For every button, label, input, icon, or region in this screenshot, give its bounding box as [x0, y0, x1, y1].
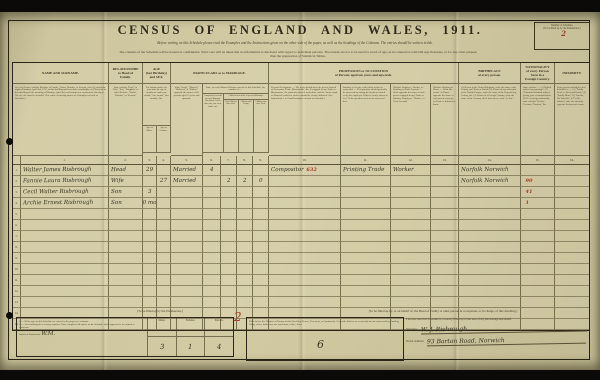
cell-nat: 1	[521, 198, 555, 209]
cell-occ	[269, 286, 341, 297]
cell-ageF	[157, 187, 171, 198]
cell-occ	[269, 231, 341, 242]
cell-living: 2	[237, 176, 253, 187]
cell-marital	[171, 286, 203, 297]
header-infirmity: INFIRMITY.	[555, 63, 589, 84]
cell-no: 10.	[13, 264, 21, 275]
males-count: 3	[148, 337, 177, 356]
cell-name	[21, 209, 109, 220]
cell-ind: Printing Trade	[341, 165, 391, 176]
note-infirmity: If any person included in this Schedule …	[555, 84, 589, 156]
cell-home	[431, 286, 459, 297]
note-name: of every Person, whether Member of Famil…	[13, 84, 109, 156]
cell-ind	[341, 253, 391, 264]
cell-born	[221, 187, 237, 198]
cell-name	[21, 242, 109, 253]
note-relationship: State whether 'Head,' or 'Wife,' 'Son,' …	[109, 84, 143, 156]
enumerator-initials-value: W.M.	[41, 331, 55, 337]
cell-years: 4	[203, 165, 221, 176]
cell-years	[203, 220, 221, 231]
cell-died	[253, 231, 269, 242]
cell-birth	[459, 242, 521, 253]
cell-born	[221, 286, 237, 297]
cell-rel	[109, 220, 143, 231]
cell-ageM	[143, 176, 157, 187]
cell-home	[431, 275, 459, 286]
column-number: 7.	[221, 156, 237, 165]
cell-died	[253, 187, 269, 198]
note-children-living: Children still Living.	[239, 100, 254, 152]
cell-occ	[269, 264, 341, 275]
cell-marital	[171, 220, 203, 231]
table-row: 4.Archie Ernest RisbroughSon10 mos1	[13, 198, 589, 209]
column-number: 5.	[171, 156, 203, 165]
cell-birth	[459, 231, 521, 242]
cell-inf	[555, 209, 589, 220]
cell-ageF	[157, 264, 171, 275]
cell-ageM	[143, 275, 157, 286]
table-row: 13.	[13, 297, 589, 308]
column-number: 10.	[269, 156, 341, 165]
cell-ageF	[157, 297, 171, 308]
census-form-paper: CENSUS OF ENGLAND AND WALES, 1911. Befor…	[0, 12, 600, 370]
cell-living	[237, 198, 253, 209]
table-row: 7.	[13, 231, 589, 242]
cell-rel	[109, 209, 143, 220]
cell-name	[21, 275, 109, 286]
cell-died	[253, 209, 269, 220]
table-group-headers: NAME AND SURNAME. RELATIONSHIP to Head o…	[13, 63, 589, 84]
cell-name: Walter James Risbrough	[21, 165, 109, 176]
enumerator-red-mark: 2	[234, 310, 242, 324]
instruction-line-2: The contents of the Schedule will be tre…	[20, 50, 576, 59]
cell-ageM: 29	[143, 165, 157, 176]
cell-died: 0	[253, 176, 269, 187]
table-row: 11.	[13, 275, 589, 286]
cell-born	[221, 165, 237, 176]
cell-living	[237, 242, 253, 253]
cell-died	[253, 220, 269, 231]
cell-ageM	[143, 264, 157, 275]
cell-ind	[341, 176, 391, 187]
head-of-family-caption: (To be filled up by, or on behalf of, th…	[300, 309, 586, 313]
cell-birth: Norfolk Norwich	[459, 176, 521, 187]
cell-birth	[459, 187, 521, 198]
cell-years	[203, 264, 221, 275]
cell-emp	[391, 176, 431, 187]
form-title: CENSUS OF ENGLAND AND WALES, 1911.	[0, 23, 600, 38]
cell-emp	[391, 209, 431, 220]
postal-address-label: Postal Address	[406, 339, 424, 343]
cell-no: 7.	[13, 231, 21, 242]
cell-died	[253, 253, 269, 264]
declaration-text: I declare that this Schedule is correctl…	[406, 317, 586, 321]
cell-ageF	[157, 253, 171, 264]
cell-living	[237, 165, 253, 176]
cell-born	[221, 231, 237, 242]
header-birthplace: BIRTHPLACE of every person.	[459, 63, 521, 84]
cell-inf	[555, 198, 589, 209]
cell-ind	[341, 264, 391, 275]
cell-years	[203, 275, 221, 286]
cell-nat	[521, 209, 555, 220]
cell-marital	[171, 187, 203, 198]
cell-living	[237, 264, 253, 275]
signature-label: Signature	[406, 327, 418, 331]
cell-emp	[391, 231, 431, 242]
cell-years	[203, 253, 221, 264]
column-number: 8.	[237, 156, 253, 165]
cell-no: 6.	[13, 220, 21, 231]
table-row: 5.	[13, 209, 589, 220]
cell-died	[253, 198, 269, 209]
cell-home	[431, 220, 459, 231]
cell-years	[203, 286, 221, 297]
cell-inf	[555, 220, 589, 231]
cell-inf	[555, 275, 589, 286]
cell-born	[221, 297, 237, 308]
cell-name	[21, 286, 109, 297]
persons-count: 4	[205, 337, 233, 356]
cell-nat	[521, 286, 555, 297]
cell-ageF	[157, 209, 171, 220]
cell-ind	[341, 209, 391, 220]
cell-home	[431, 253, 459, 264]
cell-no: 12.	[13, 286, 21, 297]
column-number: 2.	[109, 156, 143, 165]
note-years-married: Completed years the present Marriage has…	[203, 94, 224, 152]
cell-occ	[269, 198, 341, 209]
cell-ageF: 27	[157, 176, 171, 187]
cell-years	[203, 242, 221, 253]
cell-no: 2.	[13, 176, 21, 187]
cell-emp	[391, 286, 431, 297]
cell-years	[203, 231, 221, 242]
cell-birth	[459, 264, 521, 275]
table-row: 8.	[13, 242, 589, 253]
cell-ageF	[157, 242, 171, 253]
cell-born	[221, 253, 237, 264]
cell-emp	[391, 242, 431, 253]
cell-nat	[521, 231, 555, 242]
column-numbers-row: 1.2.3.4.5.6.7.8.9.10.11.12.13.14.15.16.	[13, 156, 589, 165]
note-at-home: Whether Working at Home. — Write the wor…	[431, 84, 459, 156]
cell-emp	[391, 253, 431, 264]
cell-home	[431, 176, 459, 187]
cell-ind	[341, 198, 391, 209]
cell-birth	[459, 198, 521, 209]
cell-birth	[459, 286, 521, 297]
cell-home	[431, 264, 459, 275]
cell-occ	[269, 209, 341, 220]
cell-inf	[555, 264, 589, 275]
cell-nat	[521, 253, 555, 264]
cell-no: 11.	[13, 275, 21, 286]
cell-marital	[171, 253, 203, 264]
cell-nat	[521, 242, 555, 253]
cell-name	[21, 220, 109, 231]
cell-died	[253, 286, 269, 297]
cell-ind	[341, 242, 391, 253]
column-number: 12.	[391, 156, 431, 165]
initials-of-enumerator-label: Initials of Enumerator. W.M.	[19, 331, 145, 338]
note-marital: Write 'Single,' 'Married,' 'Widower,' or…	[171, 84, 203, 156]
cell-occ	[269, 297, 341, 308]
enumerator-caption: (To be filled up by the Enumerator.)	[60, 309, 260, 313]
cell-nat: 90	[521, 176, 555, 187]
cell-birth	[459, 220, 521, 231]
table-rows: 1.Walter James RisbroughHead29Married4Co…	[13, 165, 589, 330]
cell-living	[237, 231, 253, 242]
cell-born	[221, 264, 237, 275]
cell-rel: Wife	[109, 176, 143, 187]
cell-home	[431, 198, 459, 209]
note-age: For Infants under one year state the age…	[143, 84, 171, 153]
note-marriage-details: State, for each Married Woman entered on…	[203, 84, 269, 153]
cell-living	[237, 286, 253, 297]
cell-years	[203, 209, 221, 220]
note-ages-males: Ages of Males.	[143, 126, 157, 152]
header-age: AGE (last Birthday) and SEX.	[143, 63, 171, 84]
cell-years	[203, 297, 221, 308]
cell-rel	[109, 242, 143, 253]
cell-ind	[341, 297, 391, 308]
cell-living	[237, 187, 253, 198]
cell-ind	[341, 220, 391, 231]
cell-ind	[341, 275, 391, 286]
cell-rel: Son	[109, 198, 143, 209]
cell-rel	[109, 286, 143, 297]
cell-nat	[521, 297, 555, 308]
punch-hole	[6, 138, 13, 145]
cell-rel	[109, 264, 143, 275]
cell-home	[431, 242, 459, 253]
table-row: 2.Fannie Laura RisbroughWife27Married220…	[13, 176, 589, 187]
punch-hole	[6, 312, 13, 319]
column-number: 13.	[431, 156, 459, 165]
column-number: 14.	[459, 156, 521, 165]
cell-years	[203, 176, 221, 187]
table-row: 9.	[13, 253, 589, 264]
column-number: 15.	[521, 156, 555, 165]
header-nationality: NATIONALITY of every Person born in a Fo…	[521, 63, 555, 84]
cell-birth	[459, 253, 521, 264]
cell-birth	[459, 297, 521, 308]
cell-marital	[171, 297, 203, 308]
cell-marital: Married	[171, 176, 203, 187]
cell-ageM	[143, 209, 157, 220]
cell-occ	[269, 242, 341, 253]
column-number	[13, 156, 21, 165]
note-employer: Whether Employer, Worker, or Working on …	[391, 84, 431, 156]
cell-name	[21, 231, 109, 242]
cell-no: 1.	[13, 165, 21, 176]
column-number: 6.	[203, 156, 221, 165]
cell-home	[431, 231, 459, 242]
cell-ageM	[143, 220, 157, 231]
cell-living	[237, 275, 253, 286]
cell-marital: Married	[171, 165, 203, 176]
cell-emp	[391, 297, 431, 308]
cell-born: 2	[221, 176, 237, 187]
cell-name	[21, 253, 109, 264]
schedule-number-box: Number of Schedule. (To be filled up by …	[534, 22, 590, 50]
cell-occ	[269, 220, 341, 231]
cell-inf	[555, 297, 589, 308]
cell-ageM	[143, 253, 157, 264]
cell-ageF	[157, 286, 171, 297]
cell-rel: Head	[109, 165, 143, 176]
column-number: 11.	[341, 156, 391, 165]
cell-birth	[459, 275, 521, 286]
cell-inf	[555, 242, 589, 253]
header-relationship: RELATIONSHIP to Head of Family.	[109, 63, 143, 84]
note-children-died: Children who have Died.	[254, 100, 268, 152]
cell-rel	[109, 275, 143, 286]
cell-born	[221, 220, 237, 231]
table-row: 1.Walter James RisbroughHead29Married4Co…	[13, 165, 589, 176]
cell-ageM	[143, 231, 157, 242]
note-nationality: State whether :— (1) 'British subject by…	[521, 84, 555, 156]
cell-emp	[391, 187, 431, 198]
cell-ageF	[157, 275, 171, 286]
cell-no: 4.	[13, 198, 21, 209]
cell-occ	[269, 275, 341, 286]
cell-years	[203, 187, 221, 198]
cell-name: Fannie Laura Risbrough	[21, 176, 109, 187]
cell-ageF	[157, 198, 171, 209]
enumerator-box: I. — All the ages on this Schedule are e…	[16, 317, 234, 357]
cell-ageM	[143, 297, 157, 308]
cell-home	[431, 165, 459, 176]
cell-nat	[521, 264, 555, 275]
cell-marital	[171, 242, 203, 253]
cell-occ	[269, 187, 341, 198]
cell-living	[237, 297, 253, 308]
cell-ind	[341, 286, 391, 297]
cell-name: Cecil Walter Risbrough	[21, 187, 109, 198]
table-row: 6.	[13, 220, 589, 231]
cell-emp: Worker	[391, 165, 431, 176]
cell-ageM: 10 mos	[143, 198, 157, 209]
cell-died	[253, 297, 269, 308]
cell-marital	[171, 275, 203, 286]
cell-ageM	[143, 286, 157, 297]
cell-marital	[171, 231, 203, 242]
cell-ageF	[157, 165, 171, 176]
enumerator-statements: I. — All the ages on this Schedule are e…	[19, 320, 145, 329]
cell-no: 3.	[13, 187, 21, 198]
cell-rel: Son	[109, 187, 143, 198]
cell-birth	[459, 209, 521, 220]
cell-died	[253, 275, 269, 286]
header-marriage: PARTICULARS as to MARRIAGE.	[171, 63, 269, 84]
cell-home	[431, 187, 459, 198]
females-header: Females.	[177, 318, 206, 337]
cell-died	[253, 264, 269, 275]
cell-nat	[521, 275, 555, 286]
column-number: 3.	[143, 156, 157, 165]
rooms-box: Write below the Number of Rooms in this …	[246, 317, 404, 361]
cell-birth: Norfolk Norwich	[459, 165, 521, 176]
cell-no: 8.	[13, 242, 21, 253]
note-birthplace: (1) If born in the United Kingdom, write…	[459, 84, 521, 156]
cell-ind	[341, 187, 391, 198]
column-number: 9.	[253, 156, 269, 165]
column-number: 1.	[21, 156, 109, 165]
cell-inf	[555, 286, 589, 297]
cell-emp	[391, 275, 431, 286]
cell-marital	[171, 209, 203, 220]
cell-no: 13.	[13, 297, 21, 308]
note-married-woman: State, for each Married Woman entered on…	[203, 84, 268, 94]
schedule-number-value: 2	[561, 29, 566, 38]
cell-years	[203, 198, 221, 209]
note-children-born: Total Children Born Alive.	[224, 100, 239, 152]
cell-occ: Compositor632	[269, 165, 341, 176]
note-ages-females: Ages of Females.	[157, 126, 170, 152]
column-number: 4.	[157, 156, 171, 165]
totals-table: Males. Females. Persons. 3 1 4	[148, 318, 233, 356]
cell-marital	[171, 264, 203, 275]
cell-ind	[341, 231, 391, 242]
cell-inf	[555, 176, 589, 187]
cell-ageM	[143, 242, 157, 253]
cell-emp	[391, 264, 431, 275]
cell-no: 5.	[13, 209, 21, 220]
cell-nat	[521, 220, 555, 231]
cell-name	[21, 264, 109, 275]
cell-rel	[109, 297, 143, 308]
cell-name	[21, 297, 109, 308]
females-count: 1	[177, 337, 206, 356]
cell-born	[221, 275, 237, 286]
cell-occ	[269, 253, 341, 264]
table-row: 3.Cecil Walter RisbroughSon341	[13, 187, 589, 198]
table-row: 12.	[13, 286, 589, 297]
cell-ageF	[157, 231, 171, 242]
instruction-line-1: Before writing on this Schedule please r…	[60, 41, 530, 45]
cell-inf	[555, 253, 589, 264]
declaration-section: I declare that this Schedule is correctl…	[406, 317, 586, 357]
signature-value: W. J. Risbrough	[420, 324, 586, 335]
cell-occ	[269, 176, 341, 187]
header-profession: PROFESSION or OCCUPATION of Persons aged…	[269, 63, 459, 84]
note-industry: Industry or Service with which worker is…	[341, 84, 391, 156]
rooms-note: Write below the Number of Rooms in this …	[249, 320, 401, 326]
cell-emp	[391, 220, 431, 231]
cell-born	[221, 209, 237, 220]
cell-inf	[555, 231, 589, 242]
note-age-infants: For Infants under one year state the age…	[143, 84, 170, 125]
cell-home	[431, 297, 459, 308]
cell-marital	[171, 198, 203, 209]
males-header: Males.	[148, 318, 177, 337]
cell-living	[237, 220, 253, 231]
cell-name: Archie Ernest Risbrough	[21, 198, 109, 209]
header-name: NAME AND SURNAME.	[13, 63, 109, 84]
table-column-notes: of every Person, whether Member of Famil…	[13, 84, 589, 156]
note-occupation: Personal Occupation. — The reply should …	[269, 84, 341, 156]
cell-living	[237, 253, 253, 264]
cell-no: 9.	[13, 253, 21, 264]
postal-address-value: 93 Barton Road, Norwich	[427, 336, 586, 347]
cell-born	[221, 198, 237, 209]
cell-nat	[521, 165, 555, 176]
rooms-count-value: 6	[317, 338, 324, 352]
cell-ageM: 3	[143, 187, 157, 198]
persons-header: Persons.	[205, 318, 233, 337]
